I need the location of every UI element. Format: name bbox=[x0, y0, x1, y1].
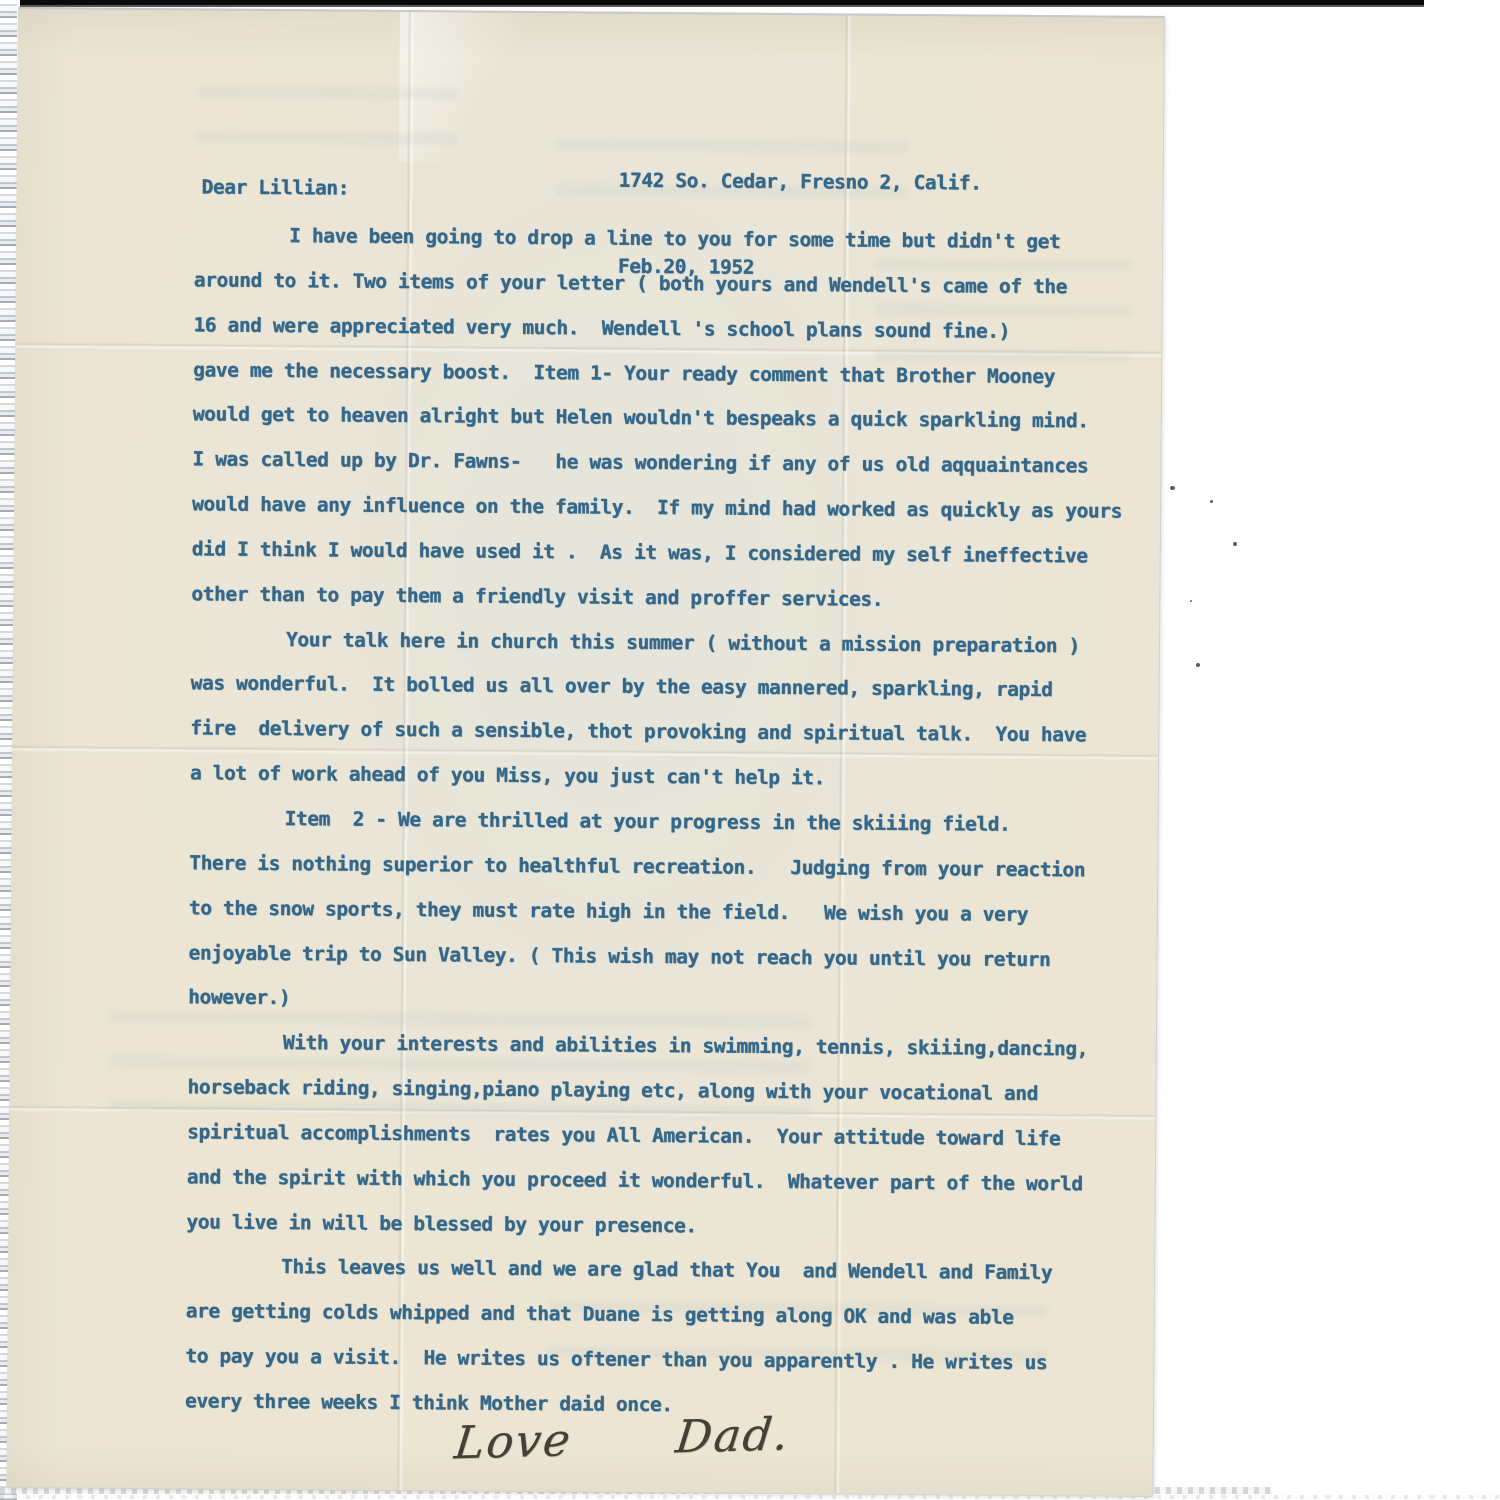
typed-line: I was called up by Dr. Fawns- he was won… bbox=[192, 438, 1122, 490]
scan-speck bbox=[1170, 486, 1175, 490]
scan-speck bbox=[1196, 663, 1200, 667]
typed-line: I have been going to drop a line to you … bbox=[194, 213, 1124, 265]
typed-line: other than to pay them a friendly visit … bbox=[191, 572, 1121, 624]
typed-line: are getting colds whipped and that Duane… bbox=[186, 1290, 1116, 1342]
typed-line: Your talk here in church this summer ( w… bbox=[191, 617, 1121, 669]
typed-line: This leaves us well and we are glad that… bbox=[186, 1245, 1116, 1297]
ink-bleedthrough-smudge bbox=[197, 62, 458, 144]
scan-speck bbox=[1210, 500, 1213, 503]
handwritten-signature: Love Dad. bbox=[452, 1407, 793, 1469]
typed-line: 16 and were appreciated very much. Wende… bbox=[193, 303, 1123, 355]
typed-line: gave me the necessary boost. Item 1- You… bbox=[193, 348, 1123, 400]
return-address-line: 1742 So. Cedar, Fresno 2, Calif. bbox=[619, 167, 982, 198]
sleeve-perforation-strip-faint bbox=[0, 1495, 1500, 1499]
typed-line: was wonderful. It bolled us all over by … bbox=[191, 662, 1121, 714]
typed-line: fire delivery of such a sensible, thot p… bbox=[190, 707, 1120, 759]
signature-closing: Love bbox=[452, 1413, 575, 1469]
typed-line: Item 2 - We are thrilled at your progres… bbox=[189, 796, 1119, 848]
signature-name: Dad. bbox=[673, 1407, 793, 1463]
typed-line: you live in will be blessed by your pres… bbox=[186, 1200, 1116, 1252]
typed-line: horseback riding, singing,piano playing … bbox=[187, 1065, 1117, 1117]
typed-line: With your interests and abilities in swi… bbox=[188, 1021, 1118, 1073]
typed-line: around to it. Two items of your letter (… bbox=[194, 258, 1124, 310]
typed-line: however.) bbox=[188, 976, 1118, 1028]
scan-speck bbox=[1190, 600, 1192, 602]
typed-line: a lot of work ahead of you Miss, you jus… bbox=[190, 752, 1120, 804]
typed-line: would have any influence on the family. … bbox=[192, 482, 1122, 534]
typed-line: There is nothing superior to healthful r… bbox=[189, 841, 1119, 893]
scanner-top-bar bbox=[0, 0, 1424, 7]
scan-speck bbox=[1233, 542, 1237, 546]
typed-line: and the spirit with which you proceed it… bbox=[187, 1155, 1117, 1207]
salutation: Dear Lillian: bbox=[202, 175, 350, 199]
typed-line: to the snow sports, they must rate high … bbox=[189, 886, 1119, 938]
typed-line: spiritual accomplishments rates you All … bbox=[187, 1110, 1117, 1162]
typed-line: would get to heaven alright but Helen wo… bbox=[193, 393, 1123, 445]
typed-line: enjoyable trip to Sun Valley. ( This wis… bbox=[188, 931, 1118, 983]
letter-paper: 1742 So. Cedar, Fresno 2, Calif. Feb.20,… bbox=[6, 7, 1164, 1496]
letter-body: I have been going to drop a line to you … bbox=[185, 213, 1124, 1431]
typed-line: to pay you a visit. He writes us oftener… bbox=[185, 1334, 1115, 1386]
typed-line: did I think I would have used it . As it… bbox=[192, 527, 1122, 579]
